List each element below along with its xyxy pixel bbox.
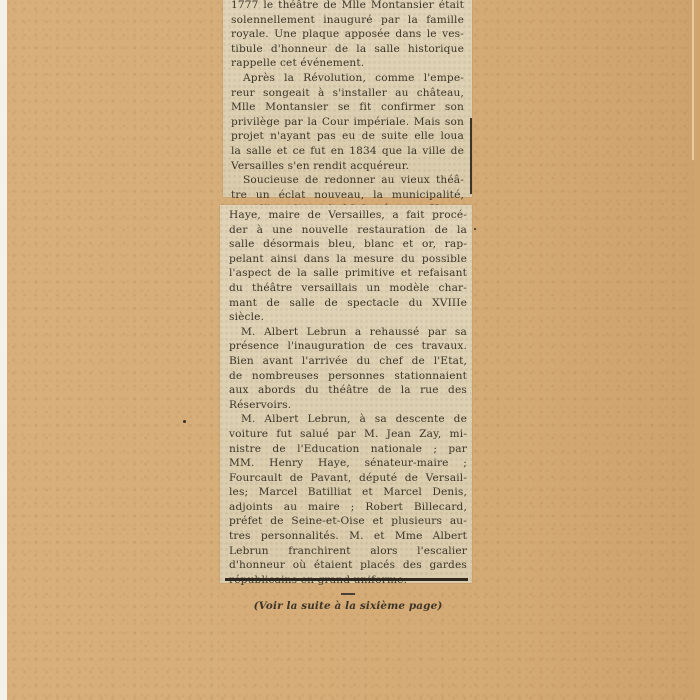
end-rule (225, 578, 468, 581)
text-line: tibule d'honneur de la salle historique (231, 42, 464, 57)
text-line: Mlle Montansier se fit confirmer son (231, 100, 464, 115)
section-dash (341, 593, 355, 595)
text-line: Fourcault de Pavant, député de Versail- (229, 471, 467, 486)
text-line: tres personnalités. M. et Mme Albert (229, 529, 467, 544)
clipping-bottom-piece: Haye, maire de Versailles, a fait procé-… (220, 205, 472, 583)
column-rule (470, 118, 472, 194)
continuation-note: (Voir la suite à la sixième page) (229, 599, 467, 614)
text-line: MM. Henry Haye, sénateur-maire ; (229, 456, 467, 471)
text-line: royale. Une plaque apposée dans le ves- (231, 27, 464, 42)
paper-speck (183, 420, 186, 423)
text-line: pelant ainsi dans la mesure du possible (229, 252, 467, 267)
text-line: rappelle cet événement. (231, 56, 464, 71)
text-line: mant de salle de spectacle du XVIIIe (229, 296, 467, 311)
text-line: du théâtre versaillais un modèle char- (229, 281, 467, 296)
text-line: d'honneur où étaient placés des gardes (229, 558, 467, 573)
text-line: aux abords du théâtre de la rue des (229, 383, 467, 398)
text-line: M. Albert Lebrun a rehaussé par sa (229, 325, 467, 340)
text-line: der à une nouvelle restauration de la (229, 223, 467, 238)
text-line: Versailles s'en rendit acquéreur. (231, 159, 464, 174)
text-line: les; Marcel Batilliat et Marcel Denis, (229, 485, 467, 500)
card-edge (694, 0, 700, 700)
text-line: la salle et ce fut en 1834 que la ville … (231, 144, 464, 159)
text-line: reur songeait à s'installer au château, (231, 86, 464, 101)
text-line: siècle. (229, 310, 467, 325)
text-line: nistre de l'Education nationale ; par (229, 442, 467, 457)
text-line: Haye, maire de Versailles, a fait procé- (229, 208, 467, 223)
text-line: tre un éclat nouveau, la municipalité, (231, 188, 464, 203)
text-line: de nombreuses personnes stationnaient (229, 369, 467, 384)
text-line: Après la Révolution, comme l'empe- (231, 71, 464, 86)
text-line: salle désormais bleu, blanc et or, rap- (229, 237, 467, 252)
paper-speck (474, 228, 476, 230)
text-line: voiture fut salué par M. Jean Zay, mi- (229, 427, 467, 442)
text-line: 1777 le théâtre de Mlle Montansier était (231, 0, 464, 13)
text-line: projet n'ayant pas eu de suite elle loua (231, 129, 464, 144)
text-line: Réservoirs. (229, 398, 467, 413)
text-line: Soucieuse de redonner au vieux théâ- (231, 173, 464, 188)
text-line: solennellement inauguré par la famille (231, 13, 464, 28)
article-column-top: 1777 le théâtre de Mlle Montansier était… (231, 0, 464, 217)
clipping-top-piece: 1777 le théâtre de Mlle Montansier était… (223, 0, 472, 197)
article-column-bottom: Haye, maire de Versailles, a fait procé-… (229, 208, 467, 614)
text-line: l'aspect de la salle primitive et refais… (229, 266, 467, 281)
text-line: privilège par la Cour impériale. Mais so… (231, 115, 464, 130)
text-line: adjoints au maire ; Robert Billecard, (229, 500, 467, 515)
text-line: Lebrun franchirent alors l'escalier (229, 544, 467, 559)
text-line: Bien avant l'arrivée du chef de l'Etat, (229, 354, 467, 369)
text-line: M. Albert Lebrun, à sa descente de (229, 412, 467, 427)
text-line: présence l'inauguration de ces travaux. (229, 339, 467, 354)
text-line: préfet de Seine-et-Oise et plusieurs au- (229, 514, 467, 529)
